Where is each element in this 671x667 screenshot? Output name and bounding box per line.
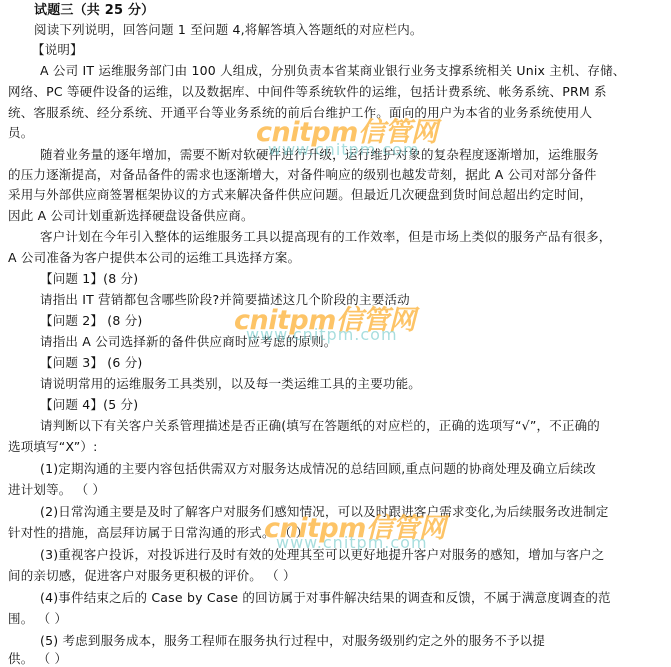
sub-question-1-label: 【问题 1】(8 分) bbox=[40, 270, 138, 288]
description-line: 的压力逐渐提高，对备品备件的需求也逐渐增大，对备件响应的级别也越发苛刻，据此 A… bbox=[8, 166, 597, 184]
judgement-item-4: (4)事件结束之后的 Case by Case 的回访属于对事件解决结果的调查和… bbox=[40, 589, 611, 607]
judgement-item-3: (3)重视客户投诉，对投诉进行及时有效的处理其至可以更好地提升客户对服务的感知，… bbox=[40, 546, 604, 564]
judgement-item-4-cont: 围。 （ ） bbox=[8, 610, 67, 628]
instruction-text: 阅读下列说明，回答问题 1 至问题 4,将解答填入答题纸的对应栏内。 bbox=[34, 21, 423, 39]
description-line: 员。 bbox=[8, 124, 33, 142]
sub-question-2-label: 【问题 2】 (8 分) bbox=[40, 312, 142, 330]
sub-question-4-text: 请判断以下有关客户关系管理描述是否正确(填写在答题纸的对应栏的，正确的选项写“√… bbox=[40, 417, 600, 435]
judgement-item-1: (1)定期沟通的主要内容包括供需双方对服务达成情况的总结回顾,重点问题的协商处理… bbox=[40, 460, 596, 478]
sub-question-4-text: 选项填写“X”）: bbox=[8, 438, 98, 456]
section-label-description: 【说明】 bbox=[32, 41, 83, 59]
description-line: A 公司准备为客户提供本公司的运维工具选择方案。 bbox=[8, 249, 300, 267]
question-title: 试题三（共 25 分） bbox=[34, 2, 154, 20]
judgement-item-1-cont: 进计划等。 （ ） bbox=[8, 481, 105, 499]
description-line: 因此 A 公司计划重新选择硬盘设备供应商。 bbox=[8, 207, 254, 225]
description-line: 客户计划在今年引入整体的运维服务工具以提高现有的工作效率，但是市场上类似的服务产… bbox=[40, 228, 612, 246]
description-line: 网络、PC 等硬件设备的运维，以及数据库、中间件等系统软件的运维，包括计费系统、… bbox=[8, 83, 607, 101]
sub-question-3-label: 【问题 3】 (6 分) bbox=[40, 354, 142, 372]
judgement-item-3-cont: 间的亲切感，促进客户对服务更积极的评价。 （ ） bbox=[8, 567, 296, 585]
judgement-item-2-cont: 针对性的措施，高层拜访属于日常沟通的形式。 （ ） bbox=[8, 524, 308, 542]
sub-question-1-text: 请指出 IT 营销都包含哪些阶段?并简要描述这几个阶段的主要活动 bbox=[40, 291, 410, 309]
sub-question-4-label: 【问题 4】(5 分) bbox=[40, 396, 138, 414]
description-line: 采用与外部供应商签署框架协议的方式来解决备件供应问题。但最近几次硬盘到货时间总超… bbox=[8, 186, 592, 204]
description-line: 统、客服系统、经分系统、开通平台等业务系统的前后台维护工作。面向的用户为本省的业… bbox=[8, 104, 592, 122]
description-line: 随着业务量的逐年增加，需要不断对软硬件进行升级，运行维护对象的复杂程度逐渐增加，… bbox=[40, 146, 599, 164]
sub-question-2-text: 请指出 A 公司选择新的备件供应商时应考虑的原则。 bbox=[40, 333, 337, 351]
judgement-item-2: (2)日常沟通主要是及时了解客户对服务们感知情况，可以及时跟进客户需求变化,为后… bbox=[40, 503, 609, 521]
judgement-item-5-cont: 供。 （ ） bbox=[8, 650, 67, 667]
judgement-item-5: (5) 考虑到服务成本，服务工程师在服务执行过程中，对服务级别约定之外的服务不予… bbox=[40, 632, 545, 650]
sub-question-3-text: 请说明常用的运维服务工具类别，以及每一类运维工具的主要功能。 bbox=[40, 375, 421, 393]
description-line: A 公司 IT 运维服务部门由 100 人组成，分别负责本省某商业银行业务支撑系… bbox=[40, 62, 626, 80]
